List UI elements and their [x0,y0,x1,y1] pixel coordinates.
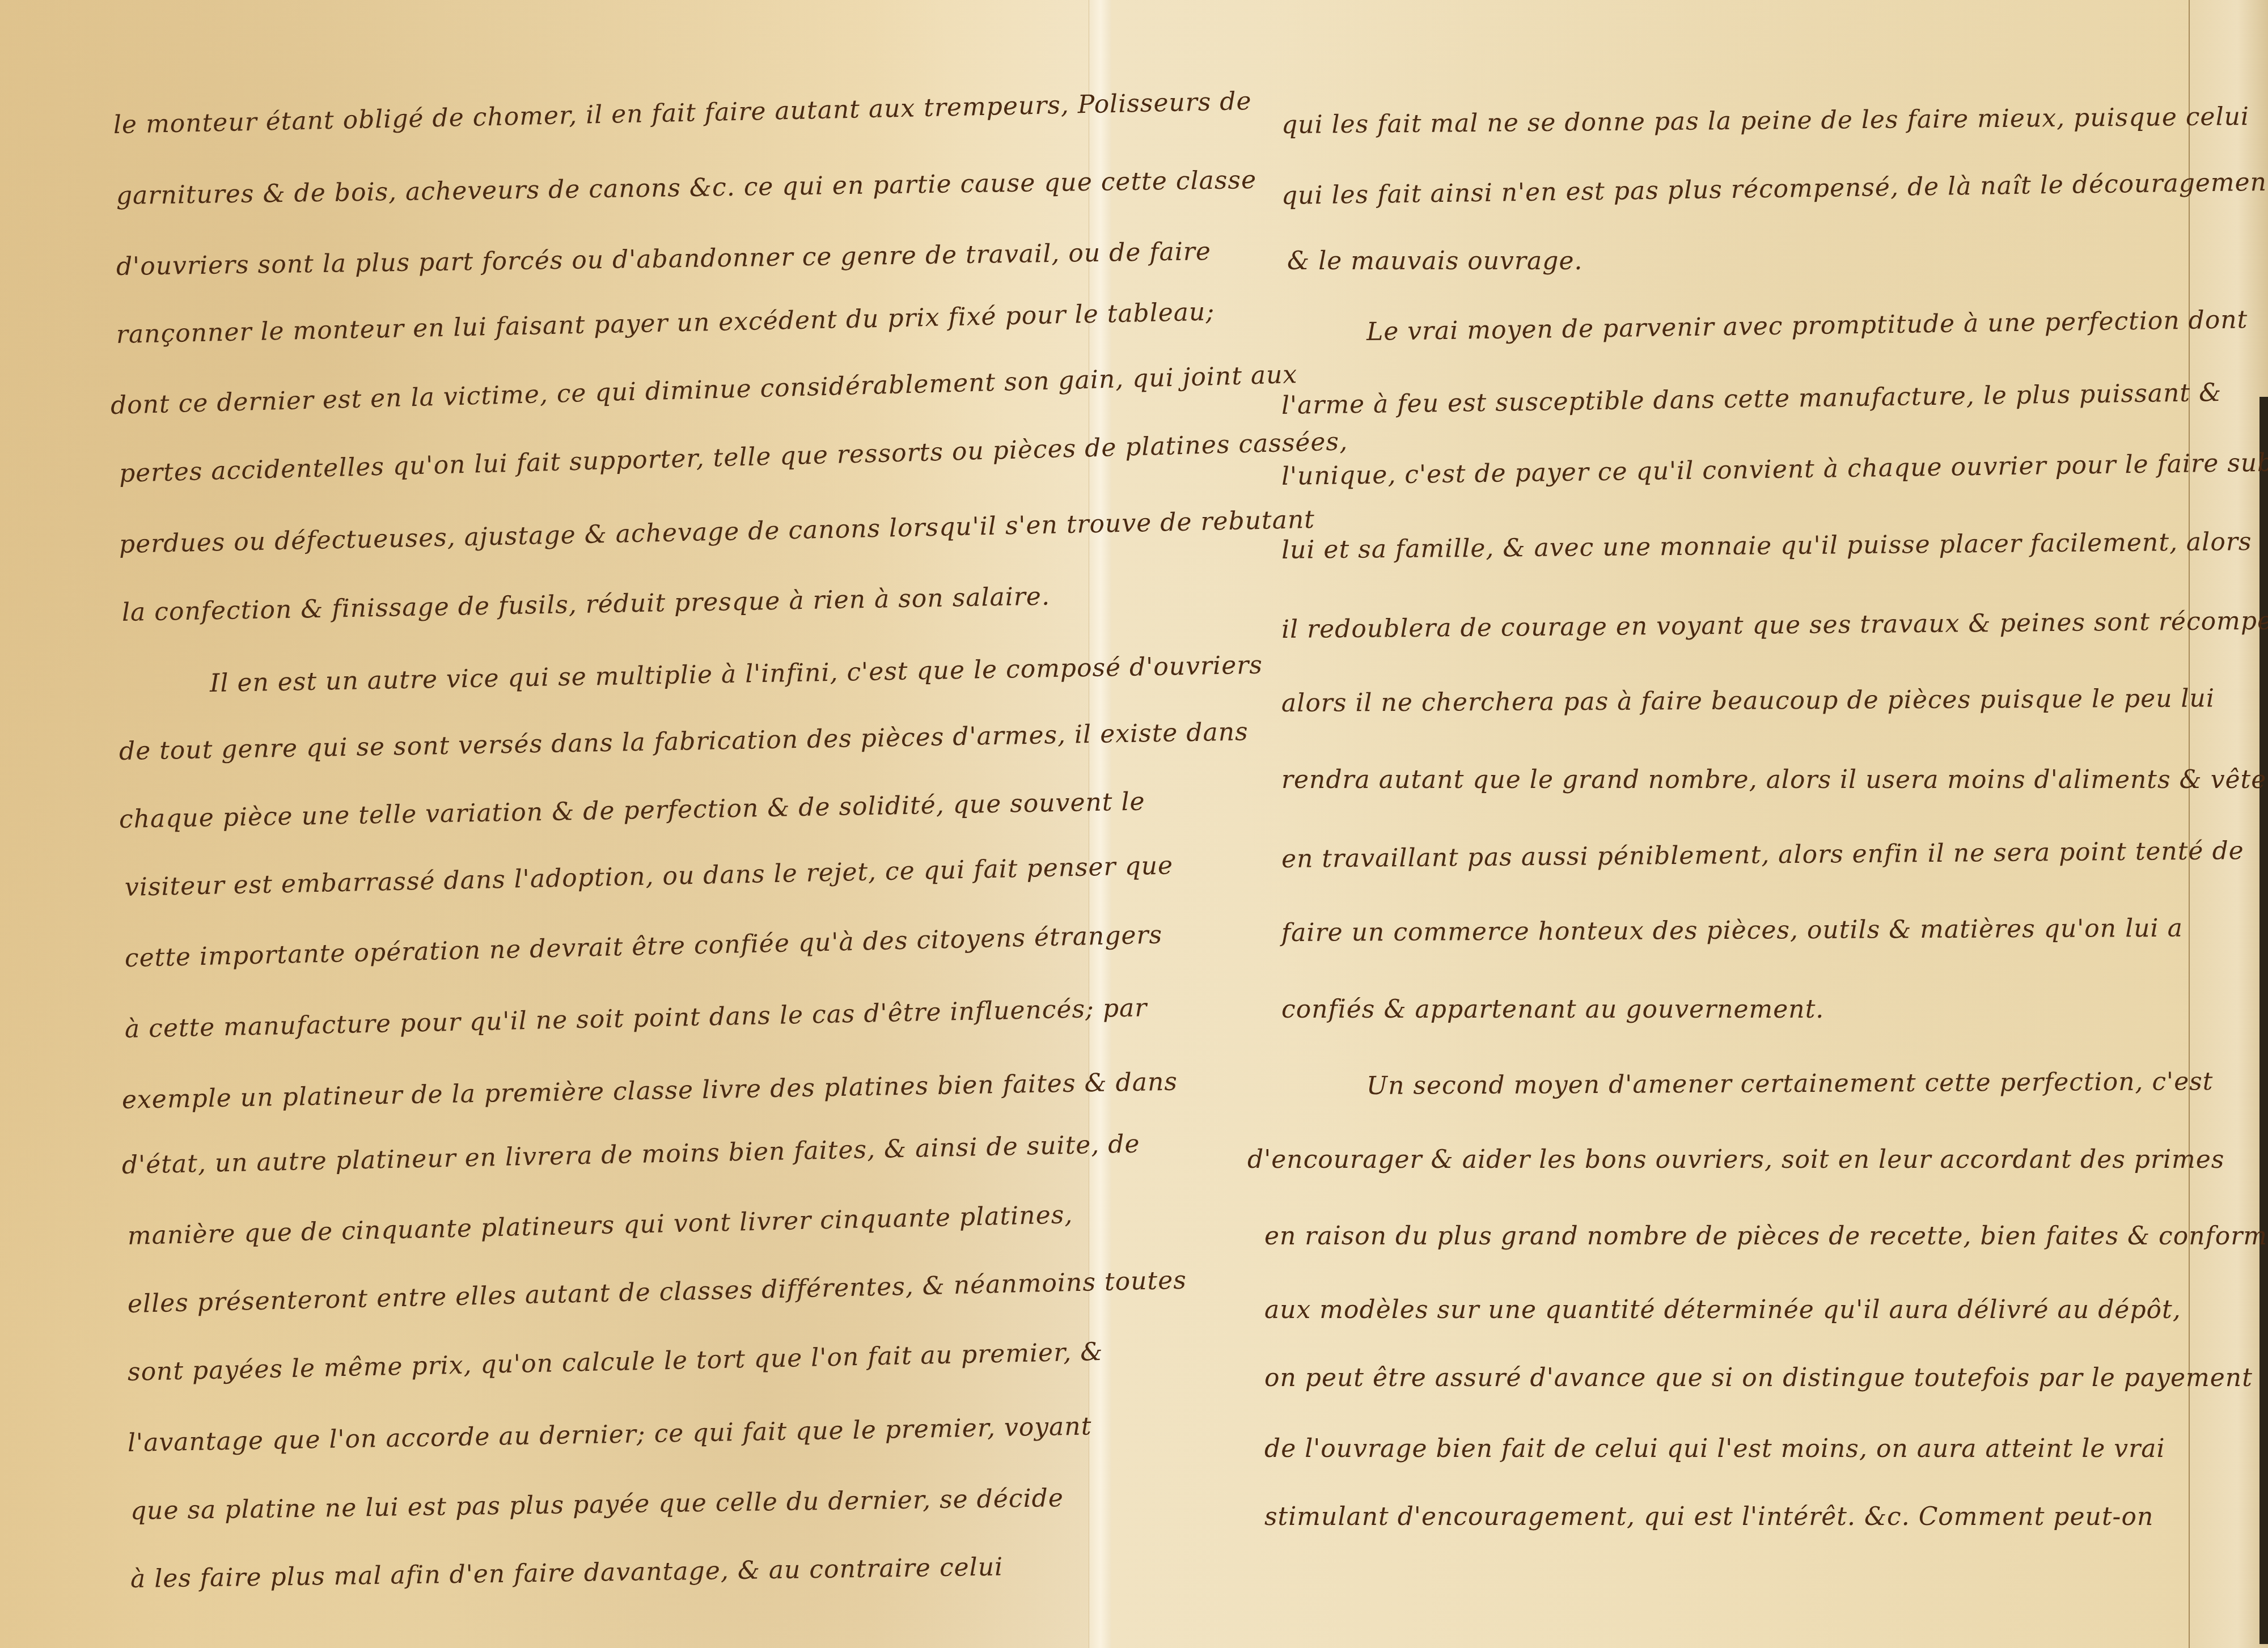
right-line: faire un commerce honteux des pièces, ou… [1281,914,2183,947]
right-line: stimulant d'encouragement, qui est l'int… [1264,1502,2153,1531]
scan-edge-shadow [2259,397,2268,1644]
right-line: alors il ne cherchera pas à faire beauco… [1281,684,2215,718]
right-line: Un second moyen d'amener certainement ce… [1366,1067,2214,1100]
right-page [1111,0,2189,1648]
right-line: aux modèles sur une quantité déterminée … [1264,1295,2181,1324]
right-line: & le mauvais ouvrage. [1287,247,1582,276]
right-line: en raison du plus grand nombre de pièces… [1264,1222,2268,1251]
paper-edge [2189,0,2268,1648]
right-line: d'encourager & aider les bons ouvriers, … [1247,1145,2224,1174]
right-line: on peut être assuré d'avance que si on d… [1264,1363,2253,1392]
right-line: de l'ouvrage bien fait de celui qui l'es… [1264,1434,2165,1463]
right-line: rendra autant que le grand nombre, alors… [1281,765,2268,794]
right-line: confiés & appartenant au gouvernement. [1281,995,1824,1024]
